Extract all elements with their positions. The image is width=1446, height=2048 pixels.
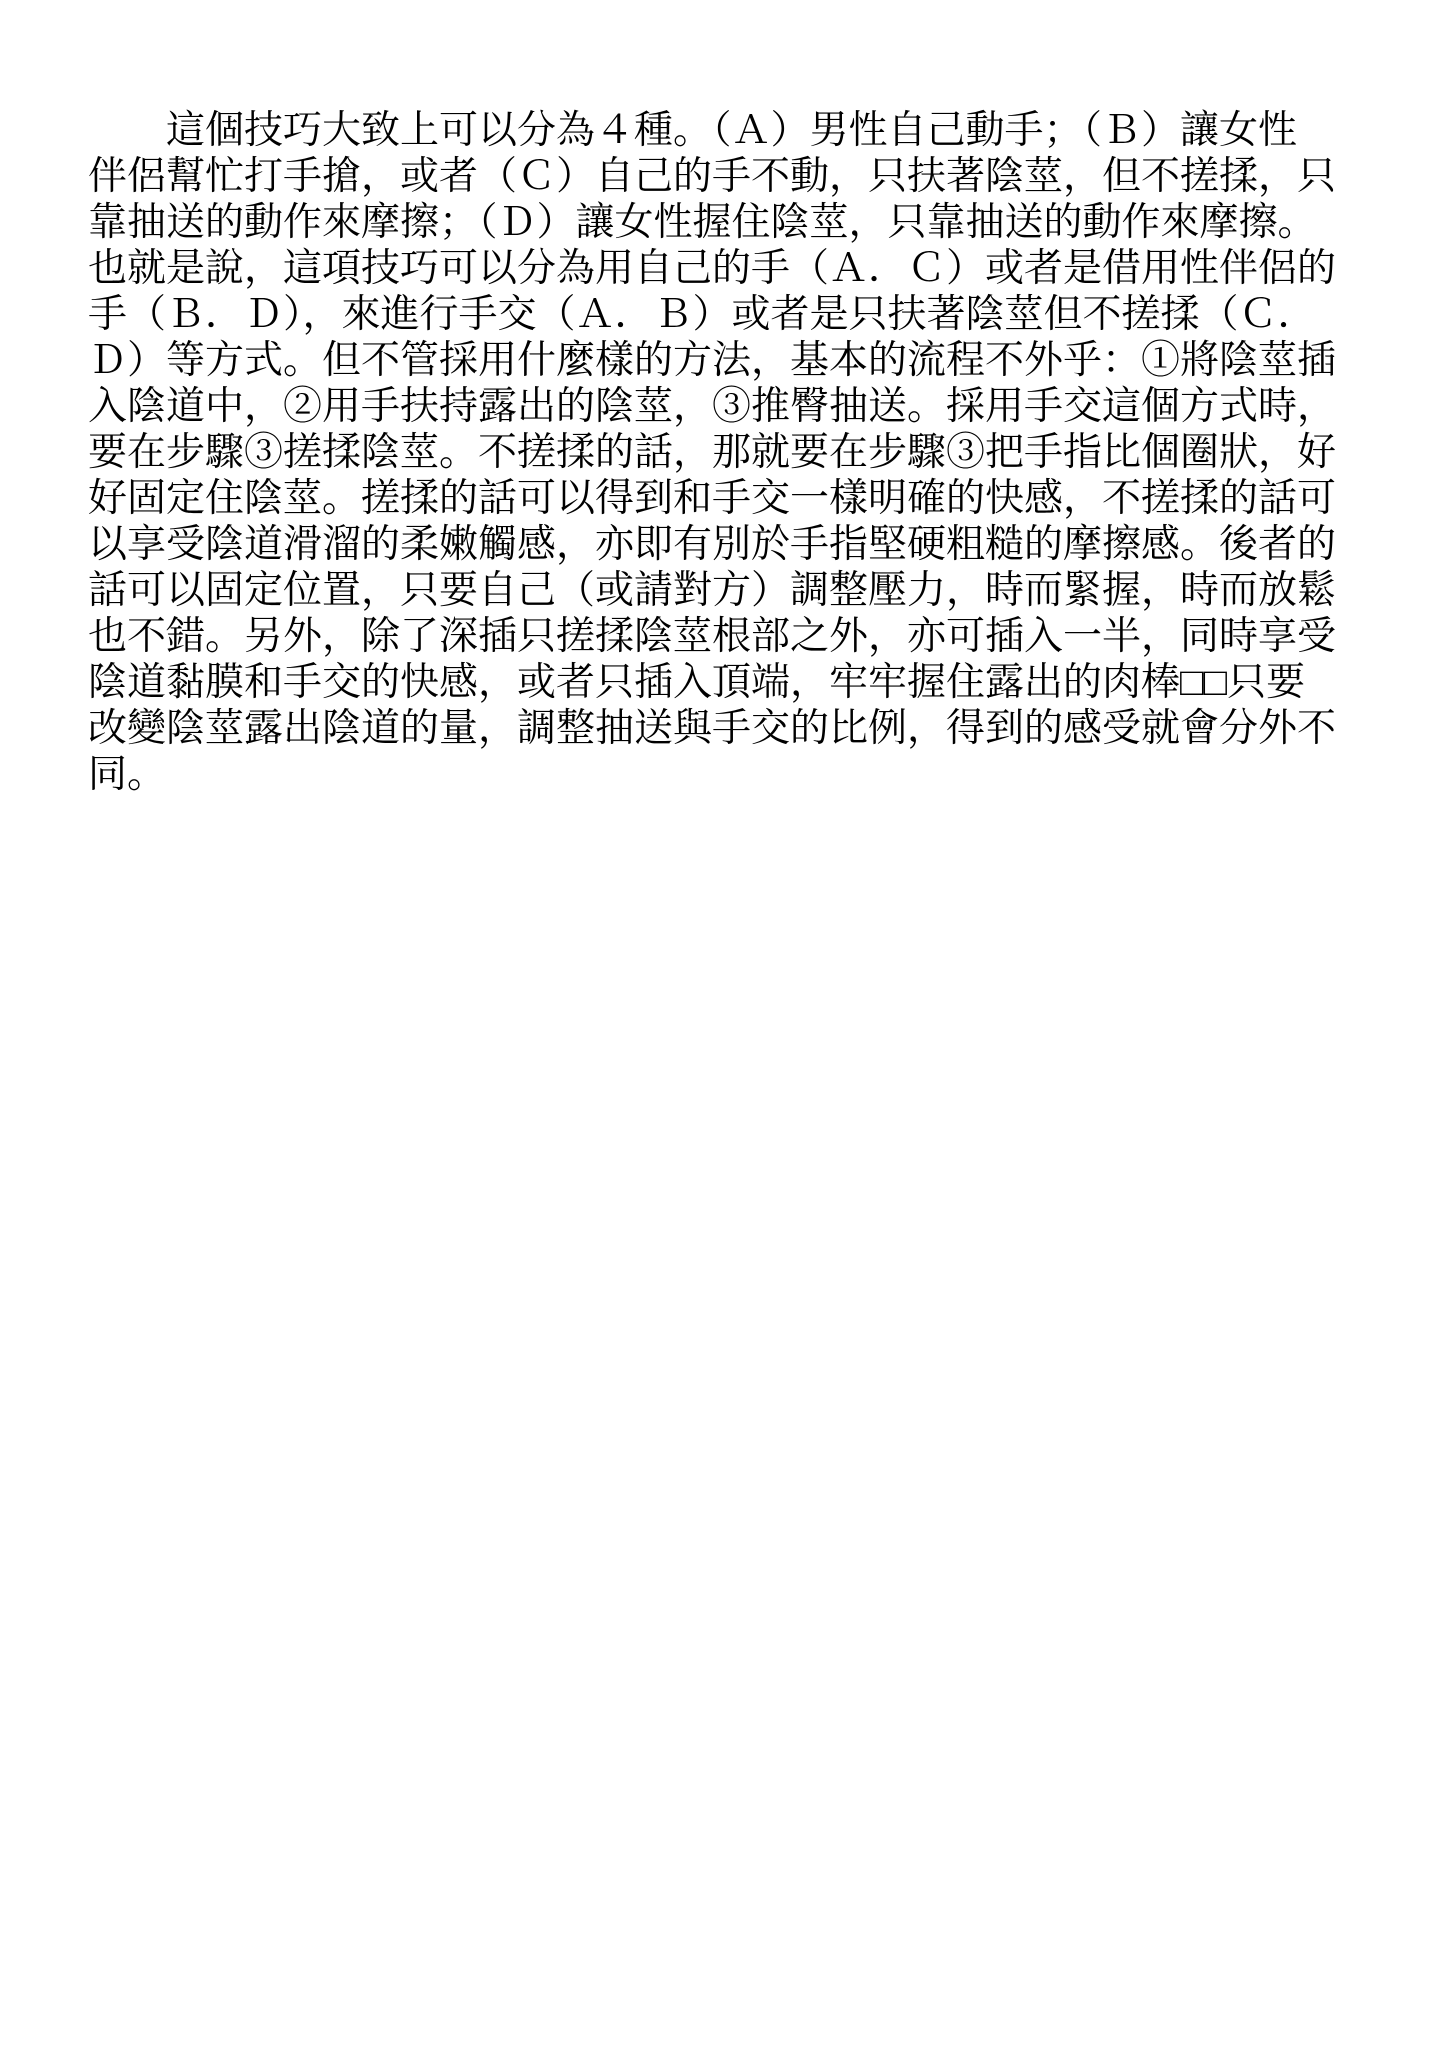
paragraph-line: 伴侶幫忙打手搶，或者（Ｃ）自己的手不動，只扶著陰莖，但不搓揉，只: [88, 154, 1348, 200]
paragraph-line: 要在步驟③搓揉陰莖。不搓揉的話，那就要在步驟③把手指比個圈狀，好: [88, 430, 1348, 476]
paragraph-line: 以享受陰道滑溜的柔嫩觸感，亦即有別於手指堅硬粗糙的摩擦感。後者的: [88, 522, 1348, 568]
paragraph-line: 手（Ｂ．Ｄ），來進行手交（Ａ．Ｂ）或者是只扶著陰莖但不搓揉（Ｃ．: [88, 292, 1348, 338]
paragraph-line: 這個技巧大致上可以分為４種。（Ａ）男性自己動手；（Ｂ）讓女性: [88, 108, 1348, 154]
paragraph-line: Ｄ）等方式。但不管採用什麼樣的方法，基本的流程不外乎：①將陰莖插: [88, 338, 1348, 384]
paragraph-line: 也不錯。另外，除了深插只搓揉陰莖根部之外，亦可插入一半，同時享受: [88, 614, 1348, 660]
paragraph-line: 改變陰莖露出陰道的量，調整抽送與手交的比例，得到的感受就會分外不: [88, 706, 1348, 752]
paragraph: 這個技巧大致上可以分為４種。（Ａ）男性自己動手；（Ｂ）讓女性 伴侶幫忙打手搶，或…: [88, 108, 1348, 798]
paragraph-line: 好固定住陰莖。搓揉的話可以得到和手交一樣明確的快感，不搓揉的話可: [88, 476, 1348, 522]
paragraph-line: 同。: [88, 752, 1348, 798]
paragraph-line: 也就是說，這項技巧可以分為用自己的手（Ａ．Ｃ）或者是借用性伴侶的: [88, 246, 1348, 292]
document-page: 這個技巧大致上可以分為４種。（Ａ）男性自己動手；（Ｂ）讓女性 伴侶幫忙打手搶，或…: [0, 0, 1446, 2048]
paragraph-line: 陰道黏膜和手交的快感，或者只插入頂端，牢牢握住露出的肉棒□□只要: [88, 660, 1348, 706]
paragraph-line: 靠抽送的動作來摩擦；（Ｄ）讓女性握住陰莖，只靠抽送的動作來摩擦。: [88, 200, 1348, 246]
paragraph-line: 話可以固定位置，只要自己（或請對方）調整壓力，時而緊握，時而放鬆: [88, 568, 1348, 614]
paragraph-line: 入陰道中，②用手扶持露出的陰莖，③推臀抽送。採用手交這個方式時，: [88, 384, 1348, 430]
